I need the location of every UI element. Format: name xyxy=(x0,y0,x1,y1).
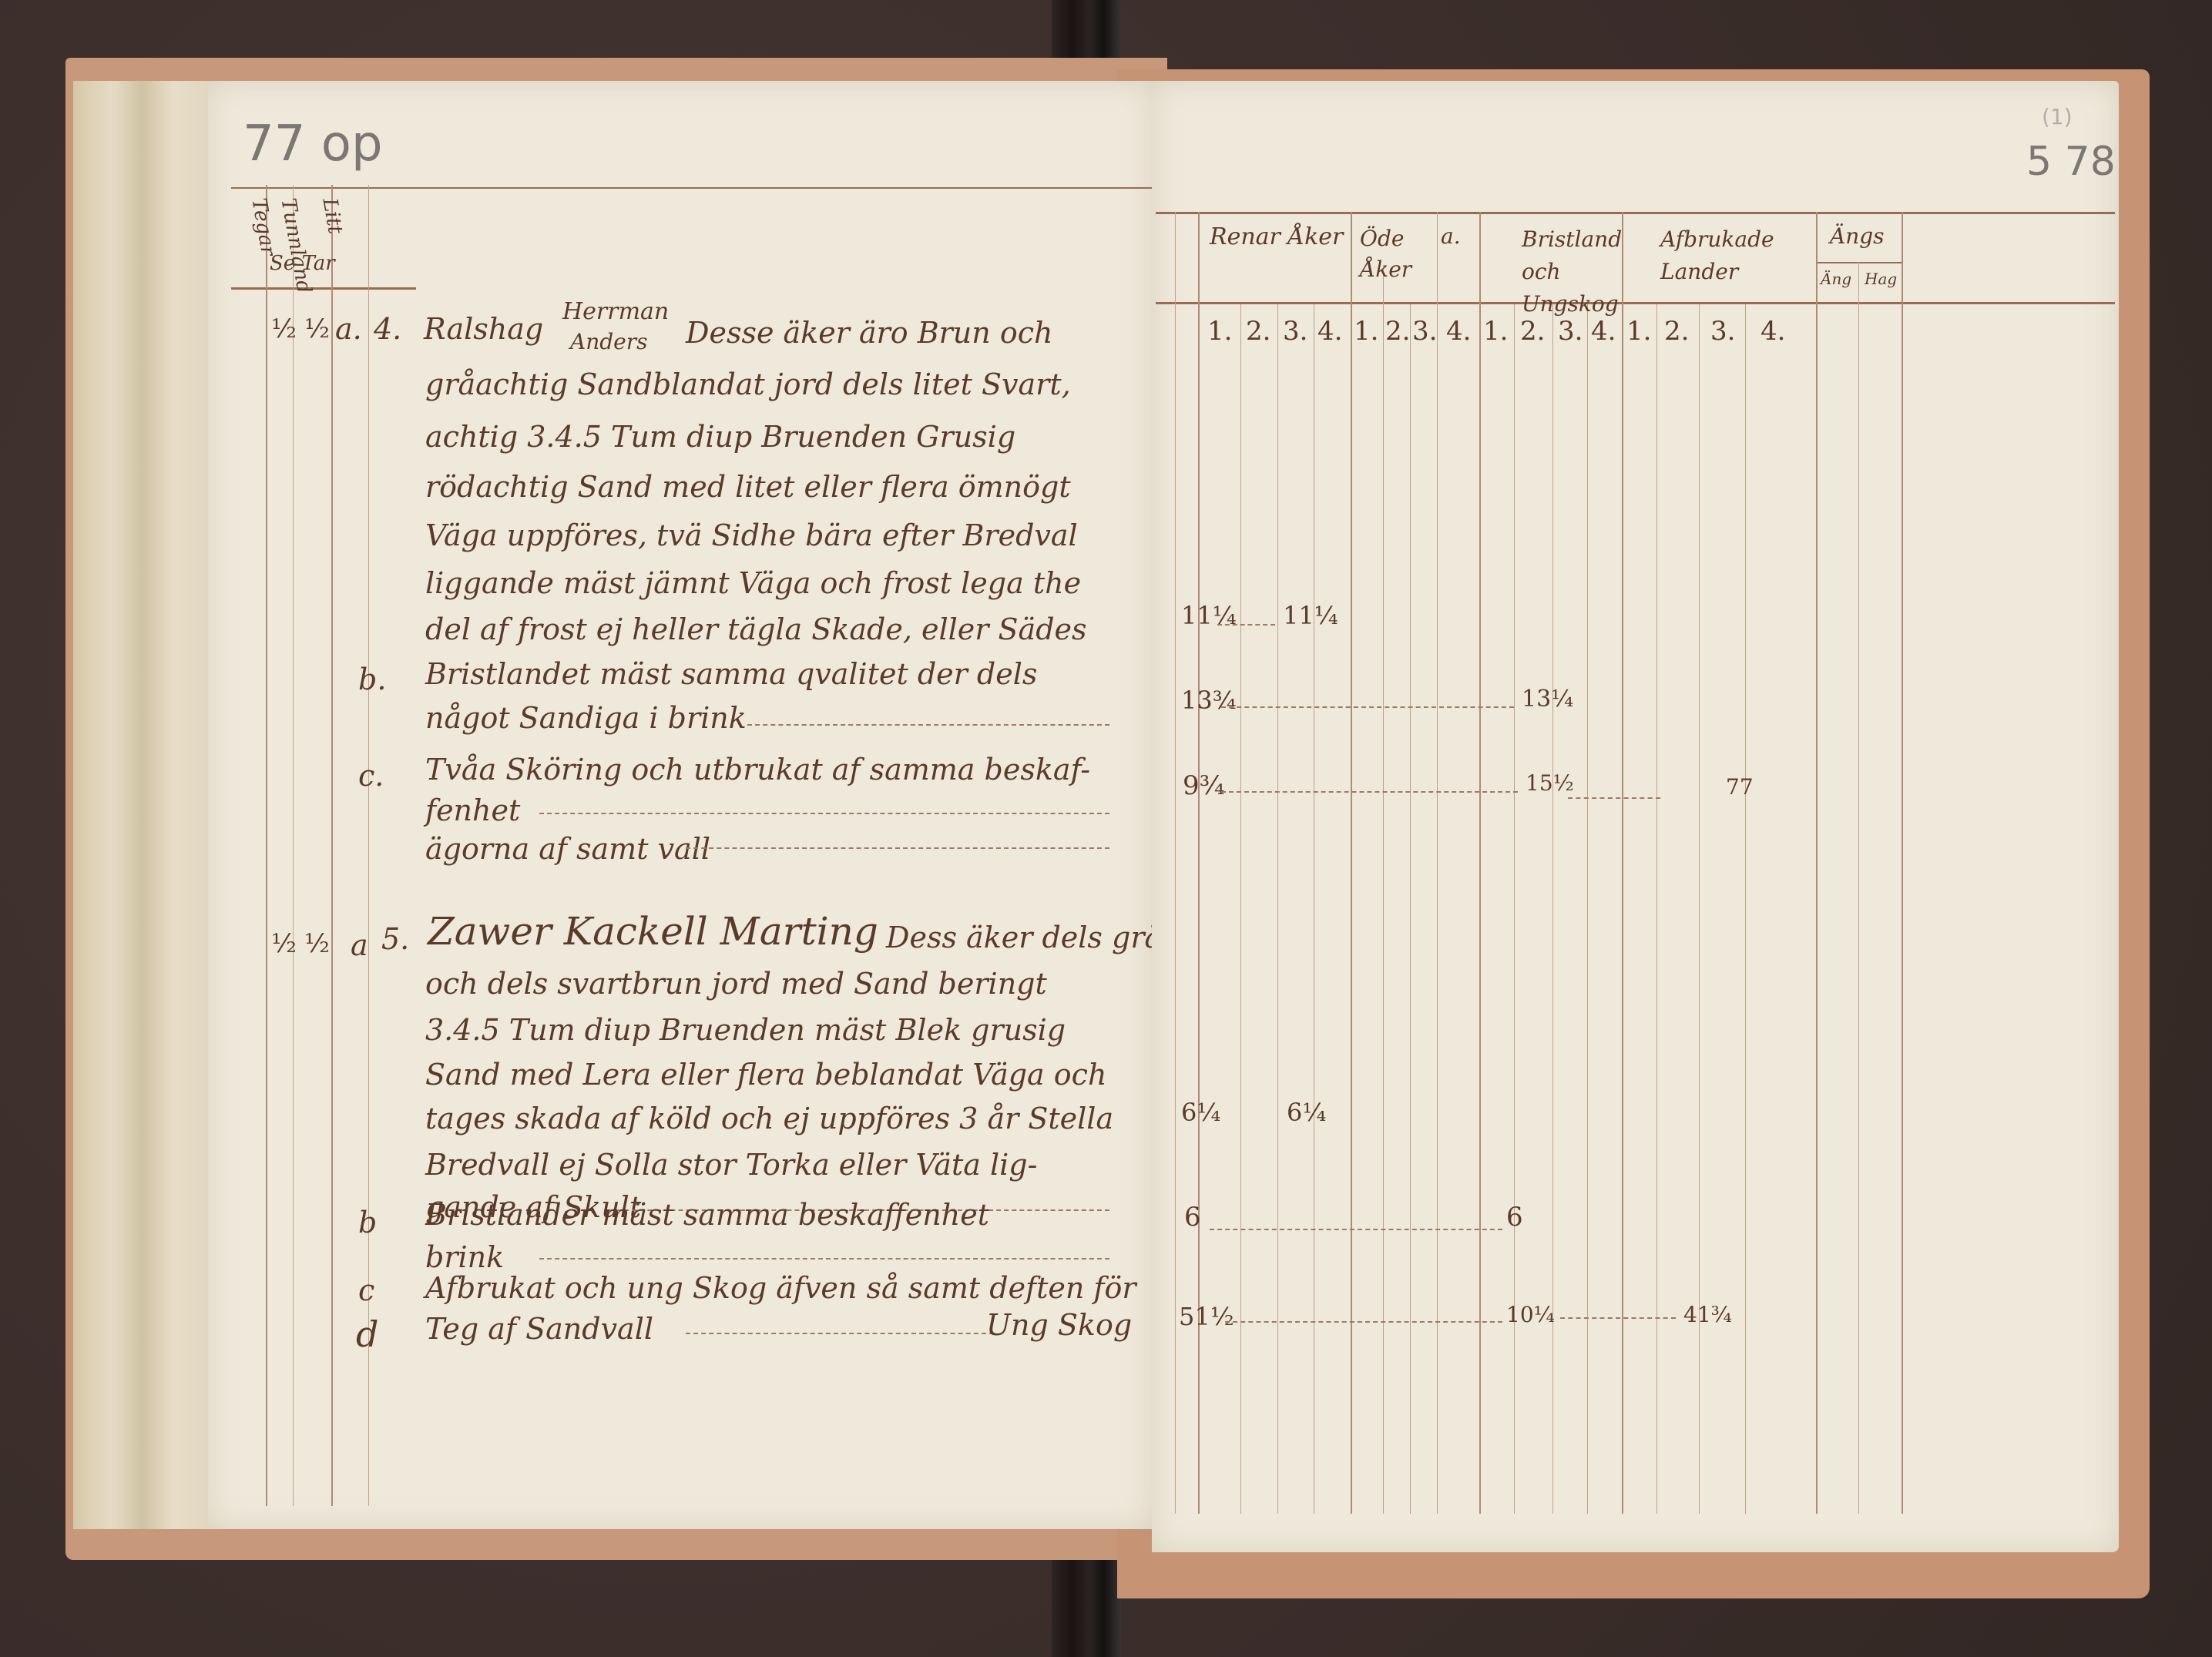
row-extra: 41¾ xyxy=(1683,1302,1732,1327)
tegar-fraction: ½ xyxy=(271,928,297,959)
subcol-number: 2. xyxy=(1246,316,1270,347)
subcol-number: 1. xyxy=(1207,316,1232,347)
left-page: 77 op Tegar Tunnland Litt Se Tar ½ ½ a. … xyxy=(208,81,1152,1529)
column-rule xyxy=(1699,304,1700,1514)
description-line: Väga uppföres, tvä Sidhe bära efter Bred… xyxy=(425,518,1078,552)
column-rule xyxy=(1745,304,1746,1514)
entry-number: 4. xyxy=(374,312,401,346)
description-line: achtig 3.4.5 Tum diup Bruenden Grusig xyxy=(425,420,1015,454)
subcol-number: 3. xyxy=(1412,316,1437,347)
column-rule xyxy=(368,185,369,1506)
page-edge-stack xyxy=(73,81,227,1529)
column-rule xyxy=(1437,212,1438,1514)
row-value: 10¼ xyxy=(1506,1302,1555,1327)
fill-dash xyxy=(1560,1317,1676,1319)
column-rule xyxy=(1175,212,1176,1514)
row-value: 11¼ xyxy=(1283,601,1338,630)
angs-split-rule xyxy=(1817,262,1902,263)
description-line: Tvåa Sköring och utbrukat af samma beska… xyxy=(425,753,1090,787)
column-rule xyxy=(1858,262,1859,1514)
subcol-number: 1. xyxy=(1483,316,1508,347)
subcol-number: 1. xyxy=(1354,316,1378,347)
fill-dash xyxy=(539,813,1109,814)
owner-name: Zawer Kackell Marting xyxy=(428,909,878,954)
row-total: 51½ xyxy=(1179,1302,1234,1331)
column-header-tegar: Tegar xyxy=(247,196,280,257)
fill-dash xyxy=(686,847,1109,849)
description-line: och dels svartbrun jord med Sand beringt xyxy=(425,967,1047,1001)
description-line: rödachtig Sand med litet eller flera ömn… xyxy=(425,470,1071,504)
column-header-tunnland: Tunnland xyxy=(276,196,315,295)
tunnland-fraction: ½ xyxy=(304,314,330,344)
owner-name-2: Anders xyxy=(570,329,648,354)
fill-dash xyxy=(1568,797,1660,799)
fill-dash xyxy=(1217,624,1275,626)
fill-dash xyxy=(686,1333,994,1334)
column-rule xyxy=(1383,266,1384,1514)
faded-mark: (1) xyxy=(2042,104,2073,129)
column-subheader: Se Tar xyxy=(270,252,335,275)
description-line: Bristlandet mäst samma qvalitet der dels xyxy=(425,657,1037,691)
row-total: 11¼ xyxy=(1181,601,1237,630)
description-line: Afbrukat och ung Skog äfven så samt deft… xyxy=(425,1271,1136,1305)
description-line: Sand med Lera eller flera beblandat Väga… xyxy=(425,1058,1106,1092)
column-rule xyxy=(1351,212,1352,1514)
entry-letter: a. xyxy=(335,312,362,346)
column-rule xyxy=(1514,304,1515,1514)
header-bottom-rule xyxy=(1156,302,2115,304)
column-rule xyxy=(1410,304,1411,1514)
column-rule xyxy=(1240,304,1241,1514)
description-line: liggande mäst jämnt Väga och frost lega … xyxy=(425,566,1081,600)
row-total: 13¾ xyxy=(1181,686,1237,715)
column-rule xyxy=(1479,212,1481,1514)
fill-dash xyxy=(1221,706,1514,708)
header-ang: Äng xyxy=(1821,270,1851,288)
subcol-number: 3. xyxy=(1558,316,1583,347)
entry-letter: c. xyxy=(358,759,384,793)
entry-letter: b xyxy=(358,1206,377,1239)
tegar-fraction: ½ xyxy=(271,314,297,344)
column-rule xyxy=(1656,304,1657,1514)
header-afbrukade: Afbrukade Lander xyxy=(1660,223,1799,288)
column-rule xyxy=(266,185,267,1506)
description-line: fenhet xyxy=(425,793,520,827)
header-bottom-rule xyxy=(231,287,416,290)
pencil-page-number: 5 78 xyxy=(2026,139,2116,185)
subcol-number: 4. xyxy=(1591,316,1616,347)
subcol-number: 4. xyxy=(1761,316,1785,347)
fill-dash xyxy=(1221,791,1518,793)
subcol-number: 4. xyxy=(1317,316,1342,347)
header-bristland: Bristland och Ungskog xyxy=(1522,223,1630,320)
row-extra: 77 xyxy=(1726,774,1754,800)
subcol-number: 2. xyxy=(1385,316,1410,347)
owner-prefix: Ralshag xyxy=(424,312,543,346)
entry-letter: c xyxy=(358,1273,374,1307)
entry-letter: d xyxy=(356,1313,378,1355)
description-line: Desse äker äro Brun och xyxy=(686,316,1052,350)
fill-dash xyxy=(747,724,1109,726)
subcol-number: 1. xyxy=(1626,316,1651,347)
column-rule xyxy=(1314,304,1314,1514)
header-top-rule xyxy=(1156,212,2115,214)
column-rule xyxy=(1816,212,1818,1514)
fill-dash xyxy=(1225,1321,1502,1323)
header-ode-aker: Öde Åker xyxy=(1360,223,1452,285)
row-total: 6 xyxy=(1184,1202,1201,1233)
row-total: 6¼ xyxy=(1181,1098,1220,1127)
description-line: Bristlander mäst samma beskaffenhet xyxy=(425,1198,989,1232)
column-rule xyxy=(1552,304,1553,1514)
tunnland-fraction: ½ xyxy=(304,928,330,959)
header-ode-a: a. xyxy=(1441,223,1461,249)
column-header-litt: Litt xyxy=(317,196,347,236)
description-line: brink xyxy=(425,1240,504,1274)
header-angs: Ängs xyxy=(1830,223,1885,249)
row-value: 6¼ xyxy=(1287,1098,1326,1127)
row-value: 15½ xyxy=(1526,770,1574,796)
subcol-number: 4. xyxy=(1446,316,1471,347)
header-hag: Hag xyxy=(1865,270,1897,288)
description-line: Teg af Sandvall xyxy=(425,1312,653,1346)
description-line: 3.4.5 Tum diup Bruenden mäst Blek grusig xyxy=(425,1013,1066,1047)
column-rule xyxy=(1587,304,1588,1514)
fill-dash xyxy=(1210,1229,1502,1230)
column-rule xyxy=(1277,304,1278,1514)
row-value: 6 xyxy=(1506,1202,1523,1233)
description-line: Dess äker dels grå xyxy=(886,921,1162,954)
description-line: något Sandiga i brink xyxy=(425,701,747,735)
description-line: Bredvall ej Solla stor Torka eller Väta … xyxy=(425,1148,1037,1182)
subcol-number: 3. xyxy=(1283,316,1307,347)
subcol-number: 2. xyxy=(1520,316,1545,347)
entry-number: 5. xyxy=(381,922,409,956)
pencil-annotation-left: 77 op xyxy=(243,116,383,173)
description-line: gråachtig Sandblandat jord dels litet Sv… xyxy=(425,367,1071,401)
fill-dash xyxy=(539,1258,1109,1260)
entry-letter: a xyxy=(351,928,368,962)
description-line: tages skada af köld och ej uppföres 3 år… xyxy=(425,1102,1113,1135)
description-line: ägorna af samt vall xyxy=(425,832,710,866)
column-rule xyxy=(331,185,333,1506)
subcol-number: 2. xyxy=(1664,316,1689,347)
row-total: 9¾ xyxy=(1183,770,1225,801)
header-renar-aker: Renar Åker xyxy=(1210,223,1343,250)
column-rule xyxy=(293,185,294,1506)
trailing-note: Ung Skog xyxy=(986,1308,1132,1342)
subcol-number: 3. xyxy=(1710,316,1735,347)
right-page: (1) 5 78 Renar Åker Öde Åker a. Bristlan… xyxy=(1152,81,2119,1552)
description-line: del af frost ej heller tägla Skade, elle… xyxy=(425,612,1087,646)
entry-letter: b. xyxy=(358,662,386,696)
header-top-rule xyxy=(231,187,1152,189)
row-value: 13¼ xyxy=(1522,686,1573,713)
column-rule xyxy=(1902,212,1903,1514)
owner-name-1: Herrman xyxy=(562,298,669,325)
